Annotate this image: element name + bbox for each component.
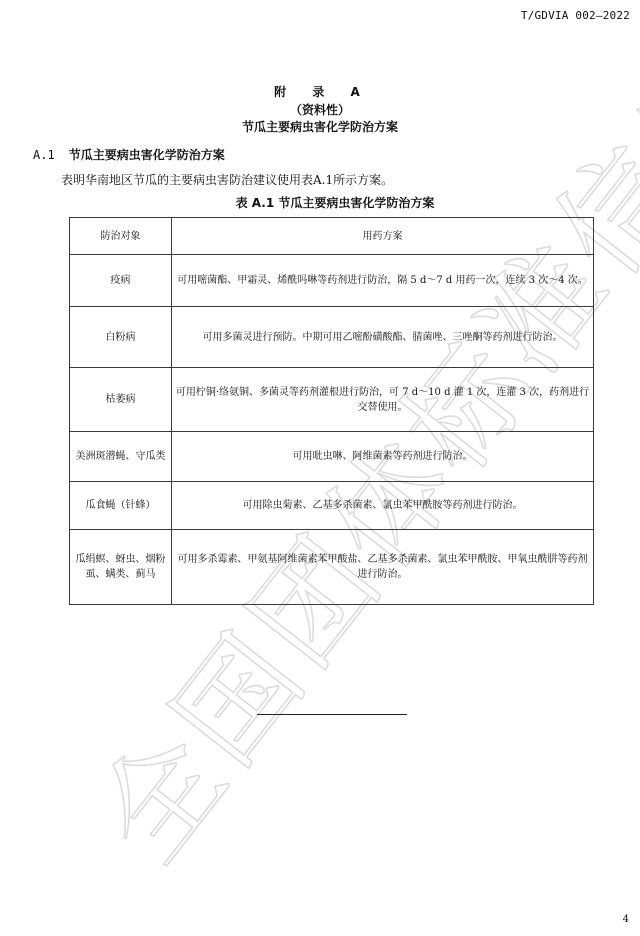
row-plan: 可用嘧菌酯、甲霜灵、烯酰吗啉等药剂进行防治，隔 5 d～7 d 用药一次，连续 … [172, 255, 594, 307]
control-plan-table: 防治对象 用药方案 疫病 可用嘧菌酯、甲霜灵、烯酰吗啉等药剂进行防治，隔 5 d… [69, 217, 594, 605]
table-row: 白粉病 可用多菌灵进行预防。中期可用乙嘧酚磺酸酯、腈菌唑、三唑酮等药剂进行防治。 [70, 307, 594, 368]
section-title: 节瓜主要病虫害化学防治方案 [69, 148, 225, 162]
table-row: 美洲斑潜蝇、守瓜类 可用吡虫啉、阿维菌素等药剂进行防治。 [70, 432, 594, 482]
end-rule [257, 714, 407, 715]
row-plan: 可用柠铜·络氨铜、多菌灵等药剂灌根进行防治，可 7 d～10 d 灌 1 次，连… [172, 368, 594, 432]
section-heading: A.1节瓜主要病虫害化学防治方案 [33, 146, 225, 163]
row-target: 瓜绢螟、蚜虫、烟粉虱、螨类、蓟马 [70, 530, 172, 605]
table-row: 枯萎病 可用柠铜·络氨铜、多菌灵等药剂灌根进行防治，可 7 d～10 d 灌 1… [70, 368, 594, 432]
row-target: 美洲斑潜蝇、守瓜类 [70, 432, 172, 482]
appendix-title: 节瓜主要病虫害化学防治方案 [0, 118, 640, 135]
appendix-label: 附 录 A [0, 83, 640, 100]
table-row: 瓜食蝇（针蜂） 可用除虫菊素、乙基多杀菌素、氯虫苯甲酰胺等药剂进行防治。 [70, 482, 594, 530]
row-plan: 可用除虫菊素、乙基多杀菌素、氯虫苯甲酰胺等药剂进行防治。 [172, 482, 594, 530]
table-row: 瓜绢螟、蚜虫、烟粉虱、螨类、蓟马 可用多杀霉素、甲氨基阿维菌素苯甲酸盐、乙基多杀… [70, 530, 594, 605]
row-target: 枯萎病 [70, 368, 172, 432]
document-code: T/GDVIA 002—2022 [521, 9, 630, 22]
table-row: 疫病 可用嘧菌酯、甲霜灵、烯酰吗啉等药剂进行防治，隔 5 d～7 d 用药一次，… [70, 255, 594, 307]
row-plan: 可用多杀霉素、甲氨基阿维菌素苯甲酸盐、乙基多杀菌素、氯虫苯甲酰胺、甲氧虫酰肼等药… [172, 530, 594, 605]
table-header-row: 防治对象 用药方案 [70, 218, 594, 255]
header-target: 防治对象 [70, 218, 172, 255]
appendix-type: （资料性） [0, 101, 640, 118]
row-plan: 可用吡虫啉、阿维菌素等药剂进行防治。 [172, 432, 594, 482]
header-plan: 用药方案 [172, 218, 594, 255]
row-target: 白粉病 [70, 307, 172, 368]
section-body: 表明华南地区节瓜的主要病虫害防治建议使用表A.1所示方案。 [61, 171, 393, 188]
row-target: 瓜食蝇（针蜂） [70, 482, 172, 530]
section-number: A.1 [33, 148, 55, 162]
row-plan: 可用多菌灵进行预防。中期可用乙嘧酚磺酸酯、腈菌唑、三唑酮等药剂进行防治。 [172, 307, 594, 368]
table-caption: 表 A.1 节瓜主要病虫害化学防治方案 [0, 194, 640, 211]
row-target: 疫病 [70, 255, 172, 307]
page-number: 4 [623, 914, 629, 925]
